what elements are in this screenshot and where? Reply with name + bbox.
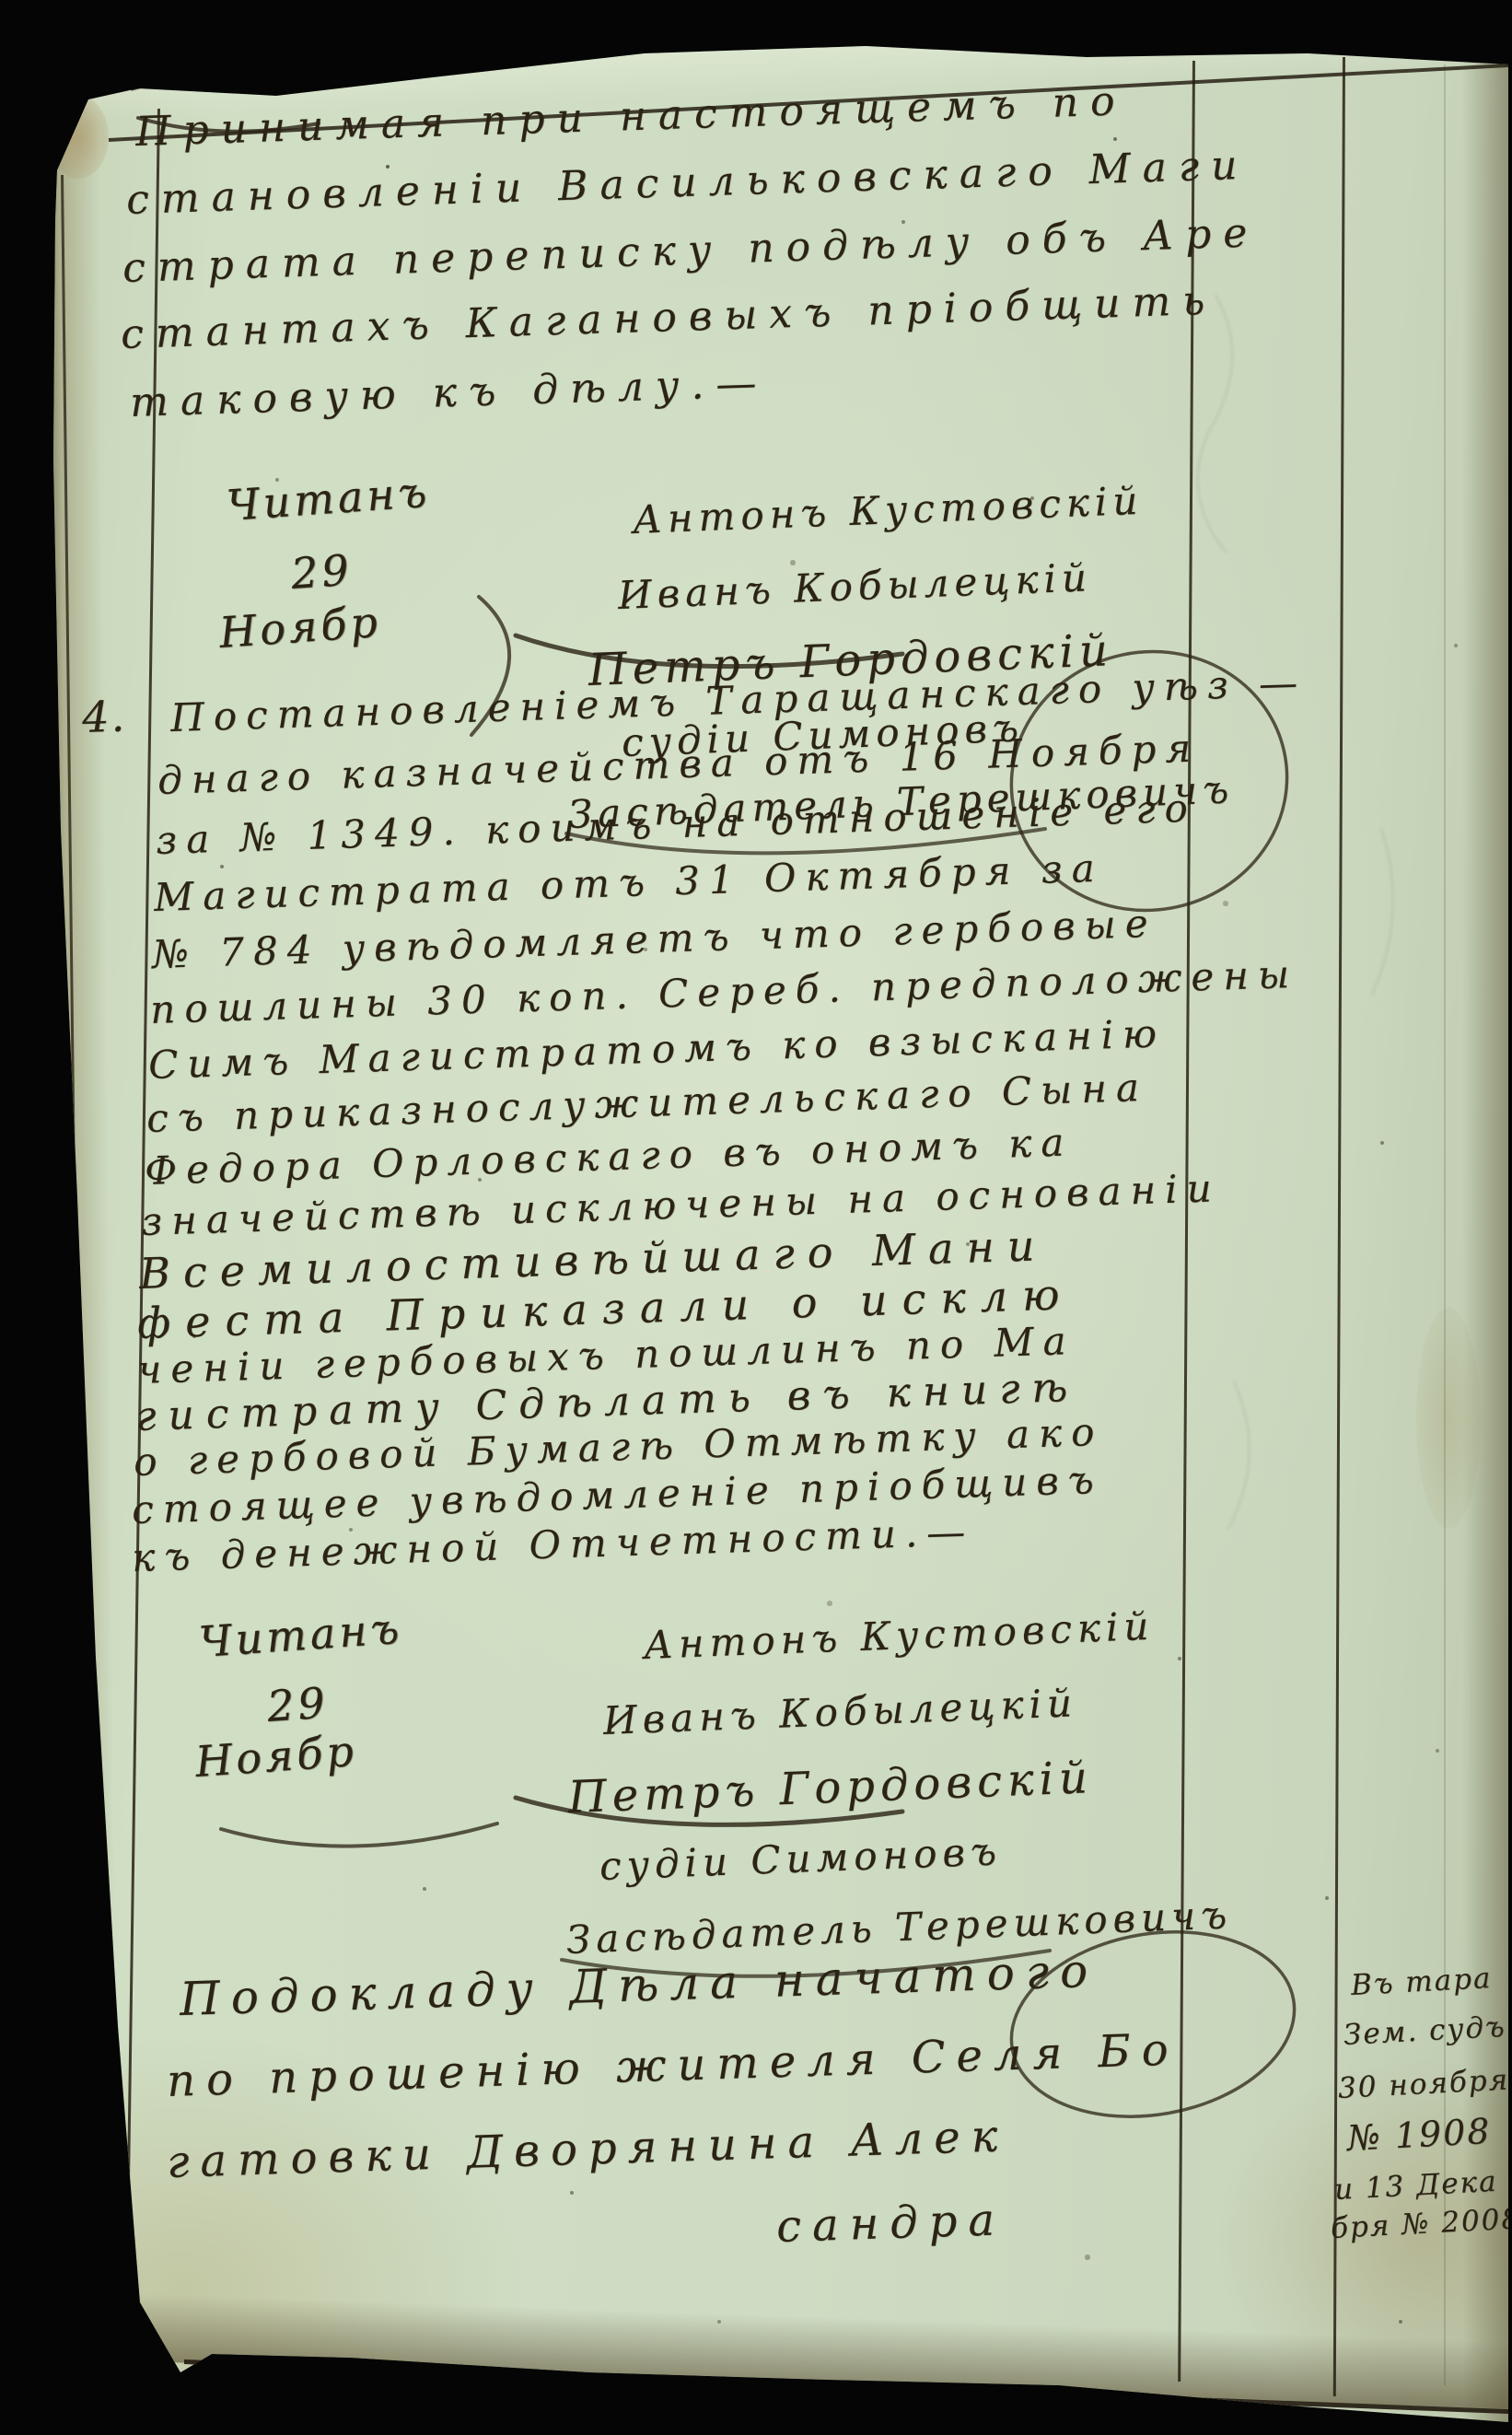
item5-number: 5 xyxy=(76,1970,110,2029)
item4-number: 4. xyxy=(81,692,127,742)
document-page: 102б Принимая при настоящемъ по становле… xyxy=(0,0,1512,2435)
bleed-through-ghost xyxy=(1228,1381,1250,1529)
paper-speckles xyxy=(0,0,2,2)
bleed-through-ghost xyxy=(1372,829,1393,995)
resolution-date-line: 29 xyxy=(265,1677,330,1731)
margin-underline-flourish-2 xyxy=(221,1823,497,1847)
scanned-manuscript-page: 102б Принимая при настоящемъ по становле… xyxy=(0,0,1512,2435)
corner-spot-stain xyxy=(72,57,99,90)
item5-line: сандра xyxy=(775,2194,1006,2253)
margin-filing-note-line: № 1908 xyxy=(1346,2111,1493,2159)
resolution-date-line: 29 xyxy=(289,544,354,599)
bleed-through-ghost xyxy=(1198,295,1232,553)
page-number: 102б xyxy=(115,6,280,105)
